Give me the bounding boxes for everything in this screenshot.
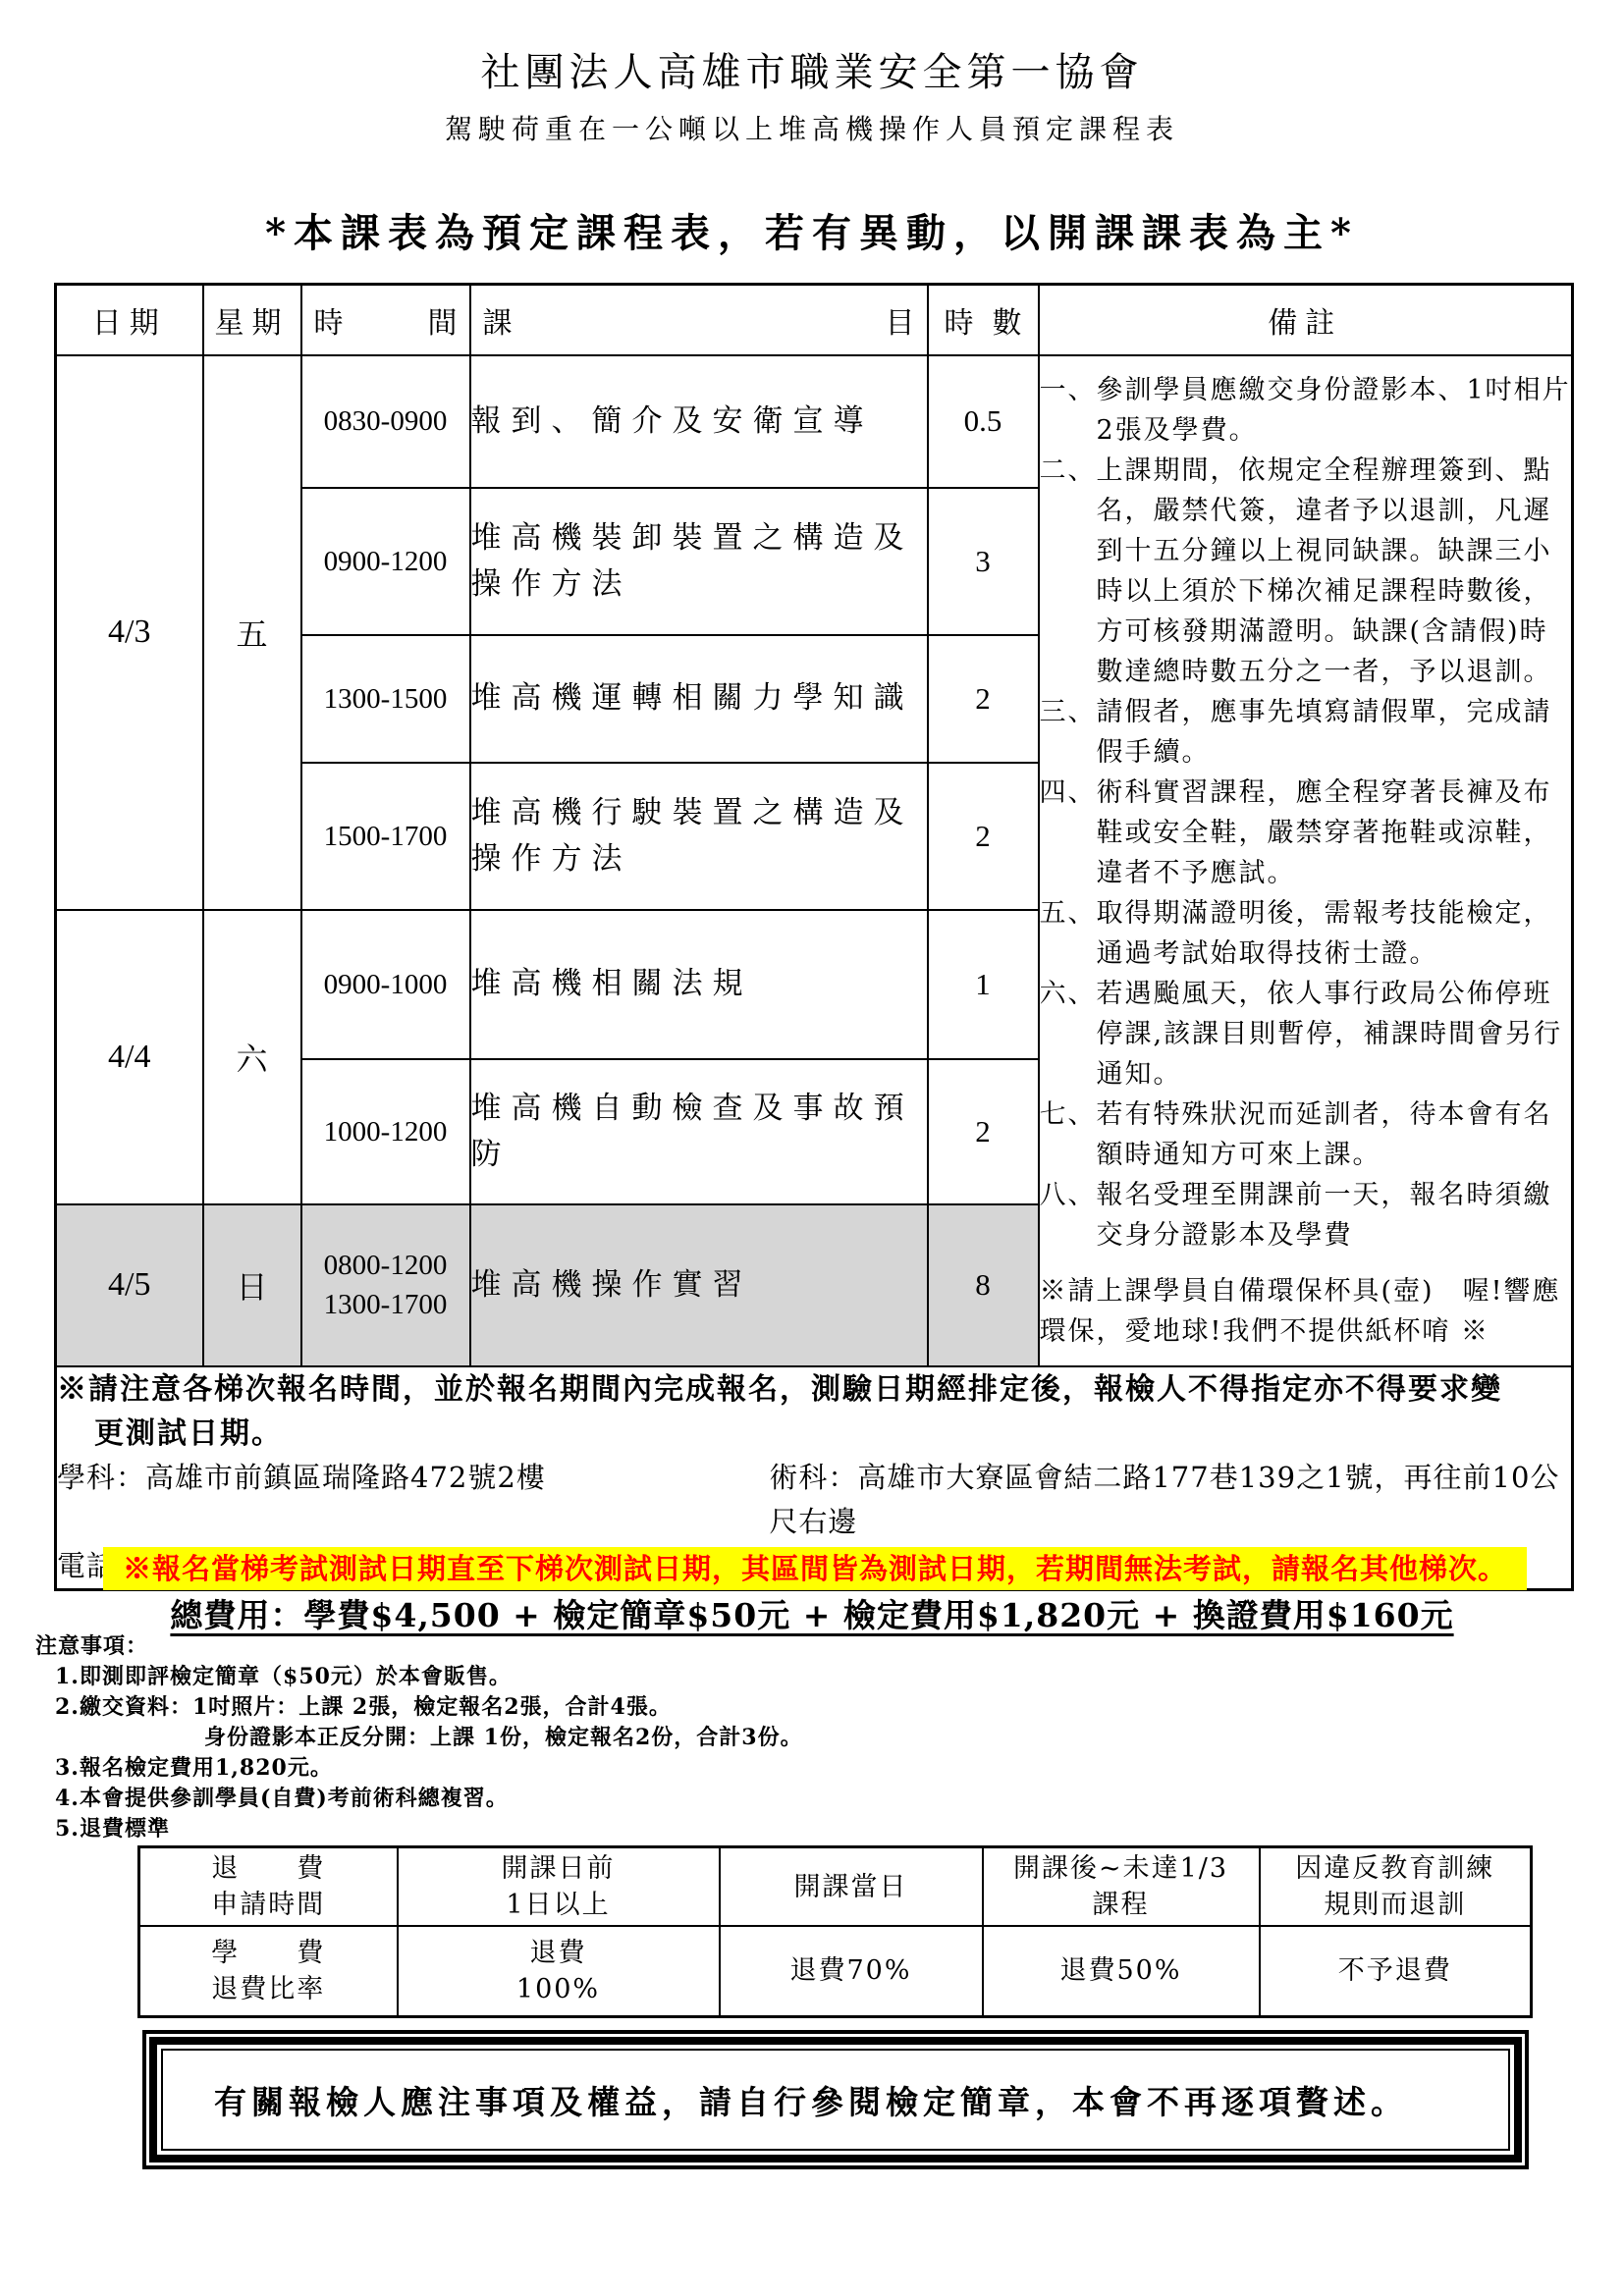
- refund-cell-line: 開課後~未達1/3: [984, 1850, 1259, 1887]
- refund-cell: 學 費 退費比率: [139, 1926, 398, 2016]
- note-item: 5.退費標準: [35, 1814, 803, 1844]
- hours-cell: 2: [928, 1059, 1039, 1204]
- note-item: 1.即測即評檢定簡章（$50元）於本會販售。: [35, 1662, 803, 1692]
- refund-value-row: 學 費 退費比率 退費 100% 退費70% 退費50% 不予退費: [139, 1926, 1532, 2016]
- refund-cell: 不予退費: [1260, 1926, 1532, 2016]
- remark-item: 五、取得期滿證明後，需報考技能檢定，通過考試始取得技術士證。: [1040, 893, 1572, 974]
- refund-cell-line: 退費比率: [140, 1971, 397, 2007]
- hours-cell: 2: [928, 635, 1039, 763]
- remark-item: 一、參訓學員應繳交身份證影本、1吋相片2張及學費。: [1040, 370, 1572, 451]
- schedule-change-notice: *本課表為預定課程表，若有異動，以開課課表為主*: [0, 202, 1624, 258]
- refund-cell-line: 規則而退訓: [1261, 1887, 1531, 1923]
- notes-title: 注意事項：: [35, 1631, 803, 1662]
- col-header-remarks: 備註: [1039, 285, 1573, 355]
- course-cell: 堆高機裝卸裝置之構造及操作方法: [470, 488, 928, 635]
- document-page: 社團法人高雄市職業安全第一協會 駕駛荷重在一公噸以上堆高機操作人員預定課程表 *…: [0, 0, 1624, 2296]
- refund-cell: 開課後~未達1/3 課程: [983, 1847, 1260, 1927]
- registration-notice: ※請注意各梯次報名時間，並於報名期間內完成報名，測驗日期經排定後，報檢人不得指定…: [57, 1367, 1571, 1456]
- eco-cup-note: ※請上課學員自備環保杯具(壺) 喔!響應環保，愛地球!我們不提供紙杯唷 ※: [1040, 1271, 1572, 1352]
- date-cell: 4/4: [56, 910, 203, 1204]
- final-notice-box-mid-border: 有關報檢人應注事項及權益，請自行參閱檢定簡章，本會不再逐項贅述。: [149, 2037, 1522, 2163]
- table-header-row: 日期 星期 時 間 課 目 時 數 備註: [56, 285, 1573, 355]
- weekday-cell: 日: [203, 1204, 301, 1366]
- refund-cell-line: 退 費: [140, 1850, 397, 1887]
- col-header-course-right: 目: [886, 298, 915, 342]
- refund-cell-line: 退費: [399, 1935, 719, 1971]
- refund-cell-line: 不予退費: [1261, 1952, 1531, 1989]
- course-cell: 報到、簡介及安衛宣導: [470, 355, 928, 488]
- remark-item: 二、上課期間，依規定全程辦理簽到、點名，嚴禁代簽，違者予以退訓，凡遲到十五分鐘以…: [1040, 451, 1572, 692]
- refund-cell: 退費50%: [983, 1926, 1260, 2016]
- attention-notes: 注意事項： 1.即測即評檢定簡章（$50元）於本會販售。 2.繳交資料：1吋照片…: [35, 1631, 803, 1844]
- course-cell: 堆高機自動檢查及事故預防: [470, 1059, 928, 1204]
- note-item: 2.繳交資料：1吋照片：上課 2張，檢定報名2張，合計4張。: [35, 1692, 803, 1723]
- course-schedule-table: 日期 星期 時 間 課 目 時 數 備註: [54, 283, 1574, 1591]
- refund-cell: 退 費 申請時間: [139, 1847, 398, 1927]
- course-cell: 堆高機運轉相關力學知識: [470, 635, 928, 763]
- date-cell: 4/3: [56, 355, 203, 910]
- remarks-cell: 一、參訓學員應繳交身份證影本、1吋相片2張及學費。 二、上課期間，依規定全程辦理…: [1039, 355, 1573, 1366]
- remark-item: 三、請假者，應事先填寫請假單，完成請假手續。: [1040, 692, 1572, 773]
- refund-cell-line: 退費50%: [984, 1952, 1259, 1989]
- refund-cell: 退費 100%: [398, 1926, 720, 2016]
- col-header-time: 時 間: [301, 285, 470, 355]
- total-fee-line: 總費用：學費$4,500 + 檢定簡章$50元 + 檢定費用$1,820元 + …: [0, 1590, 1624, 1636]
- refund-table: 退 費 申請時間 開課日前 1日以上 開課當日 開課後~未達1/3 課程 因違反…: [137, 1845, 1533, 2018]
- refund-cell-line: 退費70%: [721, 1952, 982, 1989]
- hours-cell: 8: [928, 1204, 1039, 1366]
- col-header-time-left: 時: [314, 298, 344, 342]
- col-header-hours: 時 數: [928, 285, 1039, 355]
- refund-cell-line: 開課日前: [399, 1850, 719, 1887]
- col-header-time-right: 間: [428, 298, 458, 342]
- time-cell: 0800-1200 1300-1700: [301, 1204, 470, 1366]
- table-row: 4/3 五 0830-0900 報到、簡介及安衛宣導 0.5 一、參訓學員應繳交…: [56, 355, 1573, 488]
- refund-cell: 開課日前 1日以上: [398, 1847, 720, 1927]
- time-cell: 0900-1000: [301, 910, 470, 1059]
- note-item: 4.本會提供參訓學員(自費)考前術科總複習。: [35, 1784, 803, 1814]
- refund-cell-line: 因違反教育訓練: [1261, 1850, 1531, 1887]
- col-header-course: 課 目: [470, 285, 928, 355]
- remark-item: 八、報名受理至開課前一天，報名時須繳交身分證影本及學費: [1040, 1175, 1572, 1255]
- note-item: 3.報名檢定費用1,820元。: [35, 1753, 803, 1784]
- page-subtitle: 駕駛荷重在一公噸以上堆高機操作人員預定課程表: [0, 108, 1624, 147]
- col-header-date: 日期: [56, 285, 203, 355]
- address-line: 學科：高雄市前鎮區瑞隆路472號2樓 術科：高雄市大寮區會結二路177巷139之…: [57, 1456, 1571, 1544]
- skill-address: 術科：高雄市大寮區會結二路177巷139之1號，再往前10公尺右邊: [769, 1456, 1571, 1544]
- refund-cell-line: 1日以上: [399, 1887, 719, 1923]
- course-cell: 堆高機相關法規: [470, 910, 928, 1059]
- refund-cell: 退費70%: [720, 1926, 983, 2016]
- final-notice-box-inner-border: 有關報檢人應注事項及權益，請自行參閱檢定簡章，本會不再逐項贅述。: [161, 2049, 1510, 2151]
- time-cell: 1300-1500: [301, 635, 470, 763]
- course-cell: 堆高機行駛裝置之構造及操作方法: [470, 763, 928, 910]
- time-cell: 0830-0900: [301, 355, 470, 488]
- course-cell: 堆高機操作實習: [470, 1204, 928, 1366]
- remark-item: 七、若有特殊狀況而延訓者，待本會有名額時通知方可來上課。: [1040, 1095, 1572, 1175]
- refund-cell: 開課當日: [720, 1847, 983, 1927]
- time-cell: 1000-1200: [301, 1059, 470, 1204]
- refund-cell-line: 100%: [399, 1971, 719, 2007]
- refund-cell-line: 學 費: [140, 1935, 397, 1971]
- final-notice-box: 有關報檢人應注事項及權益，請自行參閱檢定簡章，本會不再逐項贅述。: [142, 2030, 1529, 2169]
- weekday-cell: 六: [203, 910, 301, 1204]
- date-cell: 4/5: [56, 1204, 203, 1366]
- remark-item: 六、若遇颱風天，依人事行政局公佈停班停課,該課目則暫停，補課時間會另行通知。: [1040, 974, 1572, 1095]
- final-notice-text: 有關報檢人應注事項及權益，請自行參閱檢定簡章，本會不再逐項贅述。: [163, 2077, 1408, 2123]
- hours-cell: 1: [928, 910, 1039, 1059]
- col-header-hours-right: 數: [993, 298, 1022, 342]
- hours-cell: 2: [928, 763, 1039, 910]
- col-header-hours-left: 時: [945, 298, 974, 342]
- col-header-course-left: 課: [483, 298, 513, 342]
- weekday-cell: 五: [203, 355, 301, 910]
- hours-cell: 0.5: [928, 355, 1039, 488]
- refund-cell: 因違反教育訓練 規則而退訓: [1260, 1847, 1532, 1927]
- time-cell: 1500-1700: [301, 763, 470, 910]
- page-title: 社團法人高雄市職業安全第一協會: [0, 41, 1624, 97]
- time-cell: 0900-1200: [301, 488, 470, 635]
- school-address: 學科：高雄市前鎮區瑞隆路472號2樓: [57, 1456, 769, 1544]
- refund-header-row: 退 費 申請時間 開課日前 1日以上 開課當日 開課後~未達1/3 課程 因違反…: [139, 1847, 1532, 1927]
- refund-cell-line: 申請時間: [140, 1887, 397, 1923]
- exam-date-highlight-banner: ※報名當梯考試測試日期直至下梯次測試日期，其區間皆為測試日期，若期間無法考試，請…: [103, 1547, 1527, 1590]
- col-header-weekday: 星期: [203, 285, 301, 355]
- refund-cell-line: 課程: [984, 1887, 1259, 1923]
- hours-cell: 3: [928, 488, 1039, 635]
- time-line-1: 0800-1200: [302, 1246, 469, 1285]
- remark-item: 四、術科實習課程，應全程穿著長褲及布鞋或安全鞋，嚴禁穿著拖鞋或涼鞋，違者不予應試…: [1040, 773, 1572, 893]
- note-item-continued: 身份證影本正反分開：上課 1份，檢定報名2份，合計3份。: [35, 1723, 803, 1753]
- refund-cell-line: 開課當日: [721, 1869, 982, 1905]
- time-line-2: 1300-1700: [302, 1285, 469, 1324]
